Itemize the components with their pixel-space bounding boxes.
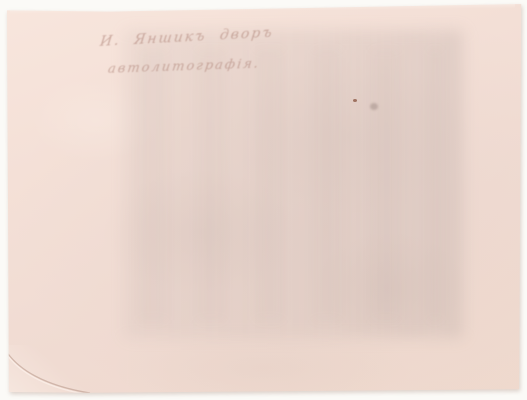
smudge-mark bbox=[370, 103, 378, 110]
corner-fold-crease bbox=[0, 330, 110, 400]
photo-background: И. Яншикъ дворъ автолитографія. bbox=[0, 0, 527, 400]
fox-spot bbox=[353, 99, 357, 102]
paper-sheet: И. Яншикъ дворъ автолитографія. bbox=[0, 0, 527, 400]
paper-top-edge-highlight bbox=[10, 1, 515, 13]
print-showthrough-texture bbox=[140, 50, 440, 320]
paper-sheet-wrapper: И. Яншикъ дворъ автолитографія. bbox=[0, 0, 527, 400]
